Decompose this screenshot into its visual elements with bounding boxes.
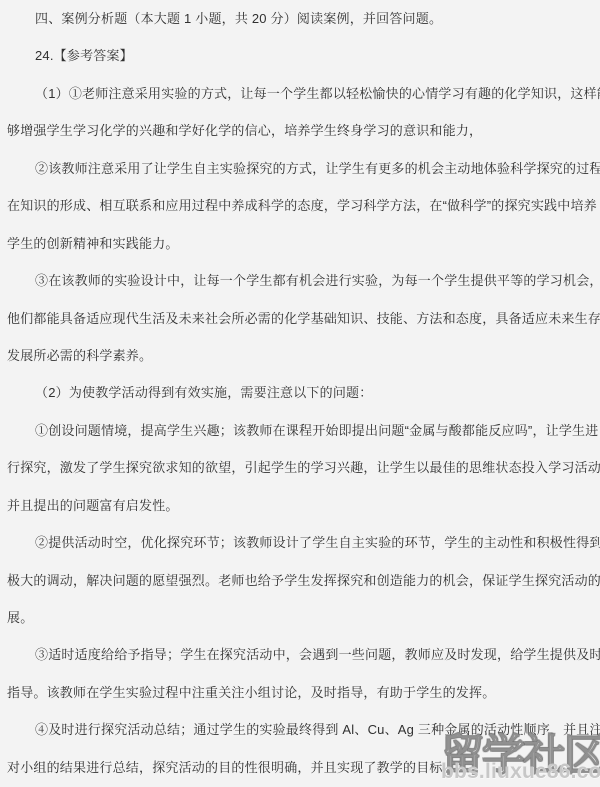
text-line: 指导。该教师在学生实验过程中注重关注小组讨论，及时指导，有助于学生的发挥。 (0, 674, 600, 711)
paragraph: ①创设问题情境，提高学生兴趣；该教师在课程开始即提出问题“金属与酸都能反应吗”，… (0, 412, 600, 524)
text-line: 他们都能具备适应现代生活及未来社会所必需的化学基础知识、技能、方法和态度，具备适… (0, 300, 600, 337)
text-line: ③适时适度给给予指导；学生在探究活动中，会遇到一些问题，教师应及时发现，给学生提… (0, 636, 600, 673)
paragraph: ④及时进行探究活动总结；通过学生的实验最终得到 Al、Cu、Ag 三种金属的活动… (0, 711, 600, 786)
text-line: （2）为使教学活动得到有效实施，需要注意以下的问题： (0, 374, 600, 411)
text-line: ②该教师注意采用了让学生自主实验探究的方式，让学生有更多的机会主动地体验科学探究… (0, 150, 600, 187)
paragraph: ②该教师注意采用了让学生自主实验探究的方式，让学生有更多的机会主动地体验科学探究… (0, 150, 600, 262)
paragraph: （2）为使教学活动得到有效实施，需要注意以下的问题： (0, 374, 600, 411)
paragraph: ③适时适度给给予指导；学生在探究活动中，会遇到一些问题，教师应及时发现，给学生提… (0, 636, 600, 711)
text-line: 发展所必需的科学素养。 (0, 337, 600, 374)
text-line: ②提供活动时空，优化探究环节；该教师设计了学生自主实验的环节，学生的主动性和积极… (0, 524, 600, 561)
text-line: 展。 (0, 599, 600, 636)
paragraph: ②提供活动时空，优化探究环节；该教师设计了学生自主实验的环节，学生的主动性和积极… (0, 524, 600, 636)
text-line: 行探究，激发了学生探究欲求知的欲望，引起学生的学习兴趣，让学生以最佳的思维状态投… (0, 449, 600, 486)
paragraph: （1）①老师注意采用实验的方式，让每一个学生都以轻松愉快的心情学习有趣的化学知识… (0, 75, 600, 150)
section-heading: 四、案例分析题（本大题 1 小题，共 20 分）阅读案例，并回答问题。 (0, 0, 600, 37)
document-body: （1）①老师注意采用实验的方式，让每一个学生都以轻松愉快的心情学习有趣的化学知识… (0, 75, 600, 786)
text-line: 并且提出的问题富有启发性。 (0, 487, 600, 524)
text-line: 在知识的形成、相互联系和应用过程中养成科学的态度，学习科学方法，在“做科学”的探… (0, 187, 600, 224)
text-line: 极大的调动，解决问题的愿望强烈。老师也给予学生发挥探究和创造能力的机会，保证学生… (0, 562, 600, 599)
text-line: ①创设问题情境，提高学生兴趣；该教师在课程开始即提出问题“金属与酸都能反应吗”，… (0, 412, 600, 449)
text-line: 够增强学生学习化学的兴趣和学好化学的信心，培养学生终身学习的意识和能力， (0, 112, 600, 149)
paragraph: ③在该教师的实验设计中，让每一个学生都有机会进行实验，为每一个学生提供平等的学习… (0, 262, 600, 374)
answer-label: 24.【参考答案】 (0, 37, 600, 74)
document-page: 四、案例分析题（本大题 1 小题，共 20 分）阅读案例，并回答问题。 24.【… (0, 0, 600, 787)
text-line: 对小组的结果进行总结，探究活动的目的性很明确，并且实现了教学的目标。 (0, 749, 600, 786)
text-line: ④及时进行探究活动总结；通过学生的实验最终得到 Al、Cu、Ag 三种金属的活动… (0, 711, 600, 748)
text-line: ③在该教师的实验设计中，让每一个学生都有机会进行实验，为每一个学生提供平等的学习… (0, 262, 600, 299)
text-line: （1）①老师注意采用实验的方式，让每一个学生都以轻松愉快的心情学习有趣的化学知识… (0, 75, 600, 112)
text-line: 学生的创新精神和实践能力。 (0, 225, 600, 262)
